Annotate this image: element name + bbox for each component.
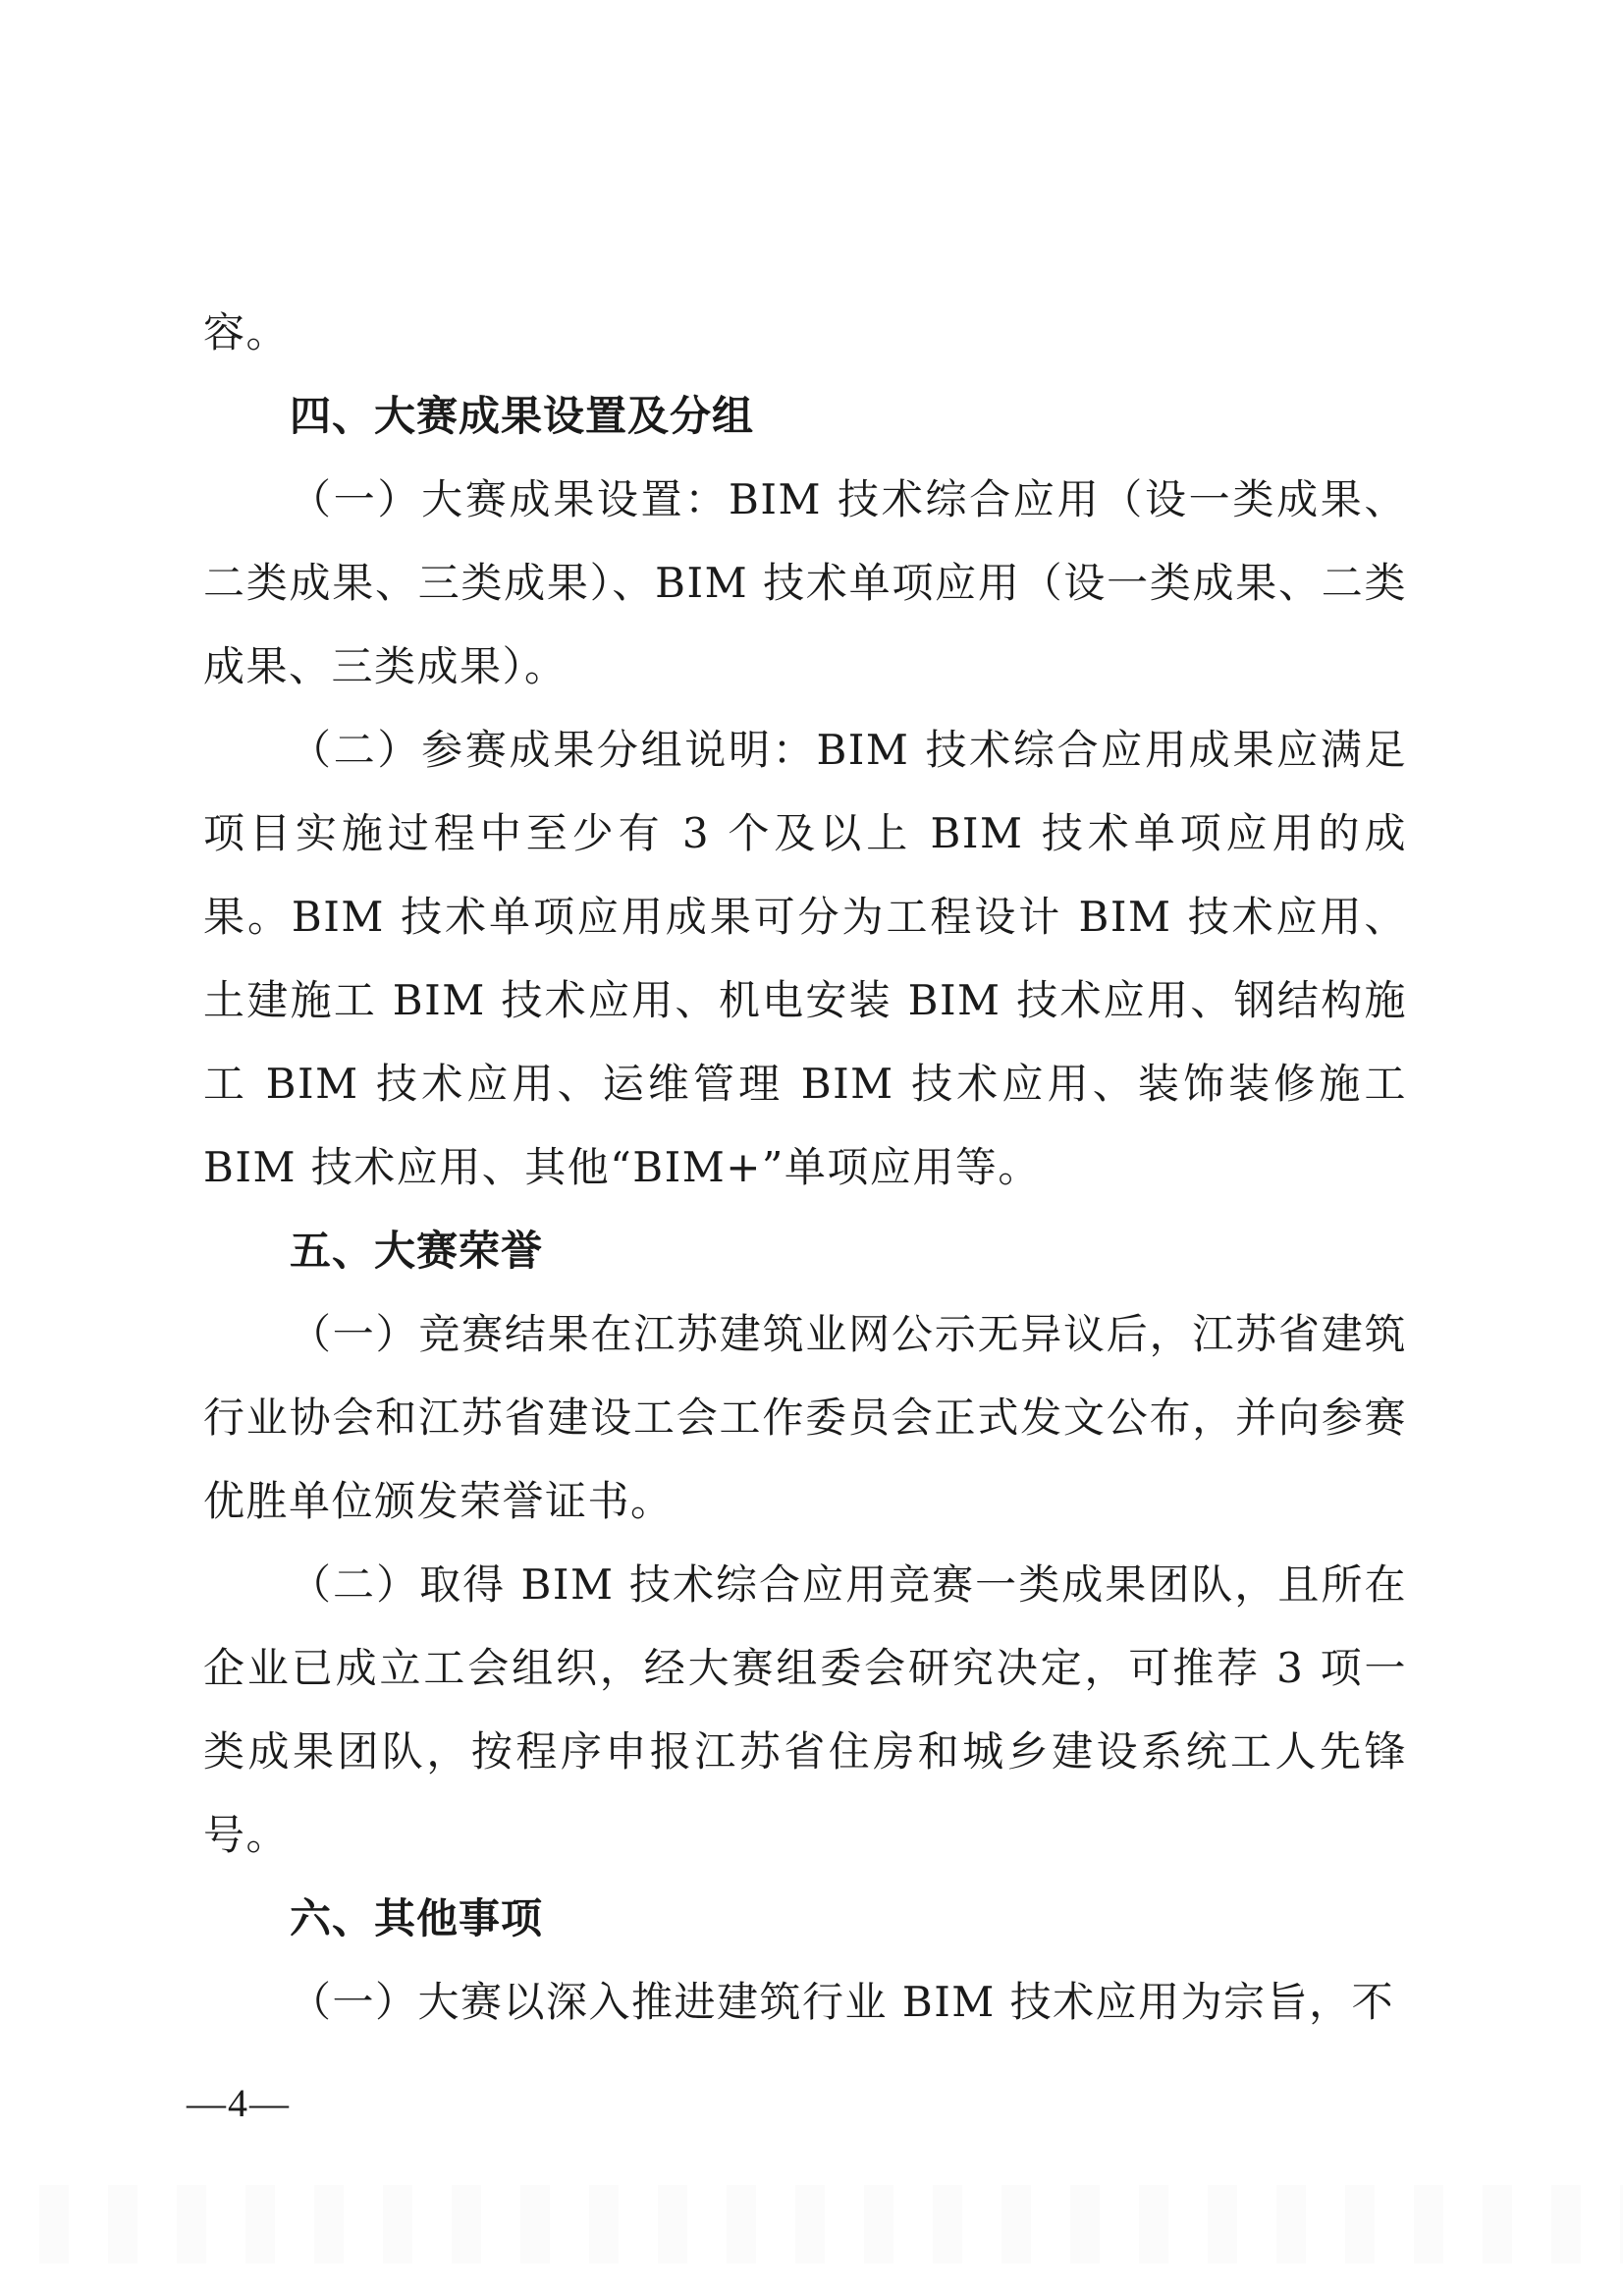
paragraph-5-2: （二）取得 BIM 技术综合应用竞赛一类成果团队，且所在企业已成立工会组织，经大…	[203, 1543, 1407, 1877]
paragraph-4-1: （一）大赛成果设置：BIM 技术综合应用（设一类成果、二类成果、三类成果）、BI…	[203, 458, 1407, 708]
paragraph-5-1: （一）竞赛结果在江苏建筑业网公示无异议后，江苏省建筑行业协会和江苏省建设工会工作…	[203, 1292, 1407, 1543]
page-number: —4—	[187, 2080, 291, 2126]
section-heading-4: 四、大赛成果设置及分组	[203, 374, 1407, 458]
section-heading-6: 六、其他事项	[203, 1877, 1407, 1960]
document-page: 容。 四、大赛成果设置及分组 （一）大赛成果设置：BIM 技术综合应用（设一类成…	[203, 291, 1407, 2044]
continuation-text: 容。	[203, 291, 1407, 374]
section-heading-5: 五、大赛荣誉	[203, 1209, 1407, 1292]
paragraph-4-2: （二）参赛成果分组说明：BIM 技术综合应用成果应满足项目实施过程中至少有 3 …	[203, 708, 1407, 1209]
scan-bleed-through	[0, 2185, 1623, 2264]
paragraph-6-1: （一）大赛以深入推进建筑行业 BIM 技术应用为宗旨，不	[203, 1960, 1407, 2044]
